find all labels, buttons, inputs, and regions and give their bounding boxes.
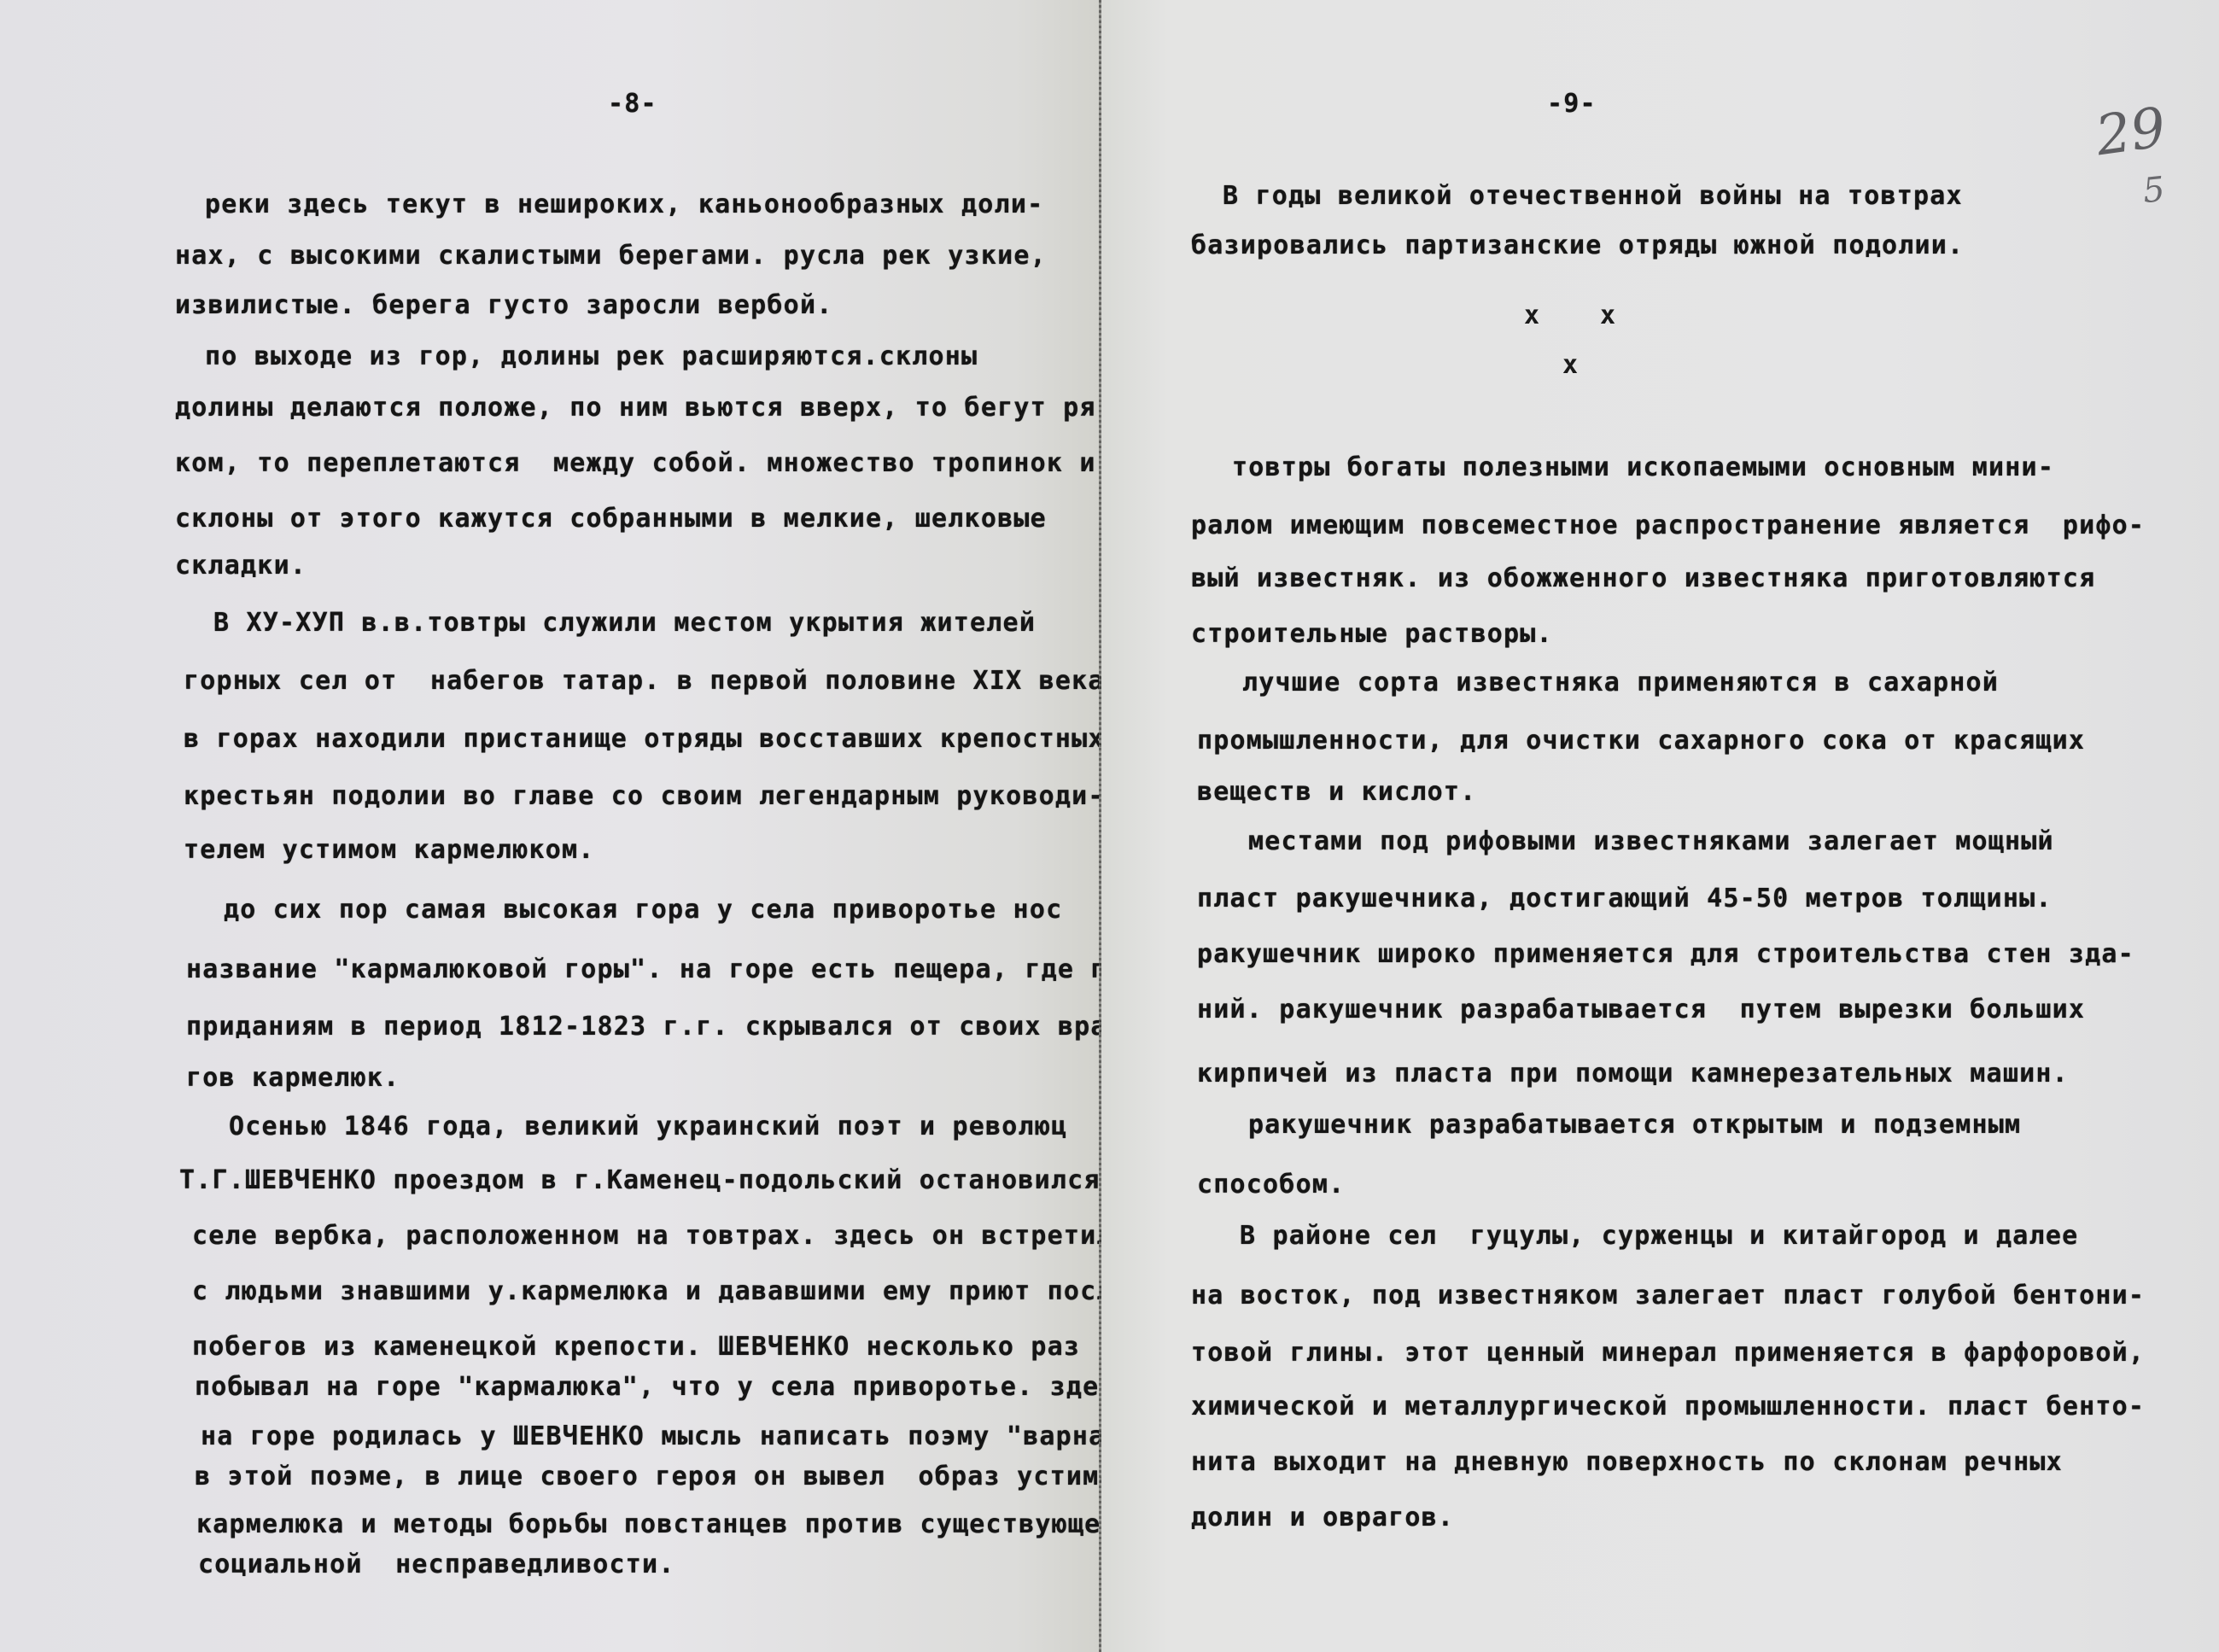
text-line: ракушечник разрабатывается открытым и по… bbox=[1248, 1110, 2021, 1140]
text-line: приданиям в период 1812-1823 г.г. скрыва… bbox=[186, 1012, 1107, 1042]
separator-mark: x bbox=[1600, 301, 1615, 330]
text-line: складки. bbox=[175, 551, 307, 581]
text-line: товой глины. этот ценный минерал применя… bbox=[1191, 1338, 2145, 1368]
text-line: лучшие сорта известняка применяются в са… bbox=[1242, 668, 1999, 698]
text-line: в этой поэме, в лице своего героя он выв… bbox=[195, 1462, 1116, 1491]
text-line: склоны от этого кажутся собранными в мел… bbox=[175, 504, 1047, 534]
text-line: долин и оврагов. bbox=[1191, 1503, 1454, 1532]
text-line: ний. ракушечник разрабатывается путем вы… bbox=[1197, 995, 2085, 1024]
text-line: местами под рифовыми известняками залега… bbox=[1248, 826, 2054, 856]
text-line: пласт ракушечника, достигающий 45-50 мет… bbox=[1197, 884, 2053, 914]
text-line: базировались партизанские отряды южной п… bbox=[1191, 231, 1964, 260]
page-number: -8- bbox=[608, 89, 657, 119]
text-line: по выходе из гор, долины рек расширяются… bbox=[205, 341, 978, 371]
text-line: Осенью 1846 года, великий украинский поэ… bbox=[229, 1112, 1067, 1141]
text-line: до сих пор самая высокая гора у села при… bbox=[224, 895, 1062, 925]
handwritten-folio-sub: 5 bbox=[2141, 170, 2167, 211]
text-line: ком, то переплетаются между собой. множе… bbox=[175, 448, 1096, 478]
left-page: -8- реки здесь текут в неширoких, каньон… bbox=[0, 0, 1101, 1652]
text-line: промышленности, для очистки сахарного со… bbox=[1197, 726, 2085, 756]
text-line: строительные растворы. bbox=[1191, 619, 1553, 649]
text-line: ралом имеющим повсеместное распространен… bbox=[1191, 511, 2145, 540]
text-line: с людьми знавшими у.кармелюка и дававшим… bbox=[192, 1276, 1130, 1306]
text-line: реки здесь текут в неширoких, каньонообр… bbox=[205, 190, 1043, 219]
handwritten-folio-number: 29 bbox=[2092, 96, 2169, 169]
right-page: -9- В годы великой отечественной войны н… bbox=[1101, 0, 2219, 1652]
text-line: способом. bbox=[1197, 1170, 1345, 1200]
text-line: товтры богаты полезными ископаемыми осно… bbox=[1232, 452, 2054, 482]
text-line: извилистые. берега густо заросли вербой. bbox=[175, 290, 832, 320]
text-line: телем устимом кармелюком. bbox=[184, 835, 595, 865]
text-line: веществ и кислот. bbox=[1197, 777, 1476, 807]
text-line: В районе сел гуцулы, сурженцы и китайгор… bbox=[1240, 1221, 2078, 1251]
text-line: химической и металлургической промышленн… bbox=[1191, 1392, 2145, 1421]
separator-mark: x bbox=[1562, 350, 1578, 380]
text-line: побегов из каменецкой крепости. ШЕВЧЕНКО… bbox=[192, 1332, 1080, 1362]
text-line: В XУ-XУП в.в.товтры служили местом укрыт… bbox=[213, 608, 1036, 638]
text-line: ракушечник широко применяется для строит… bbox=[1197, 939, 2134, 969]
text-line: побывал на горе "кармалюка", что у села … bbox=[195, 1372, 1116, 1402]
text-line: крестьян подолии во главе со своим леген… bbox=[184, 781, 1105, 811]
text-line: Т.Г.ШЕВЧЕНКО проездом в г.Каменец-подоль… bbox=[179, 1165, 1101, 1195]
page-number: -9- bbox=[1547, 89, 1597, 119]
text-line: селе вербка, расположенном на товтрах. з… bbox=[192, 1221, 1113, 1251]
separator-mark: x bbox=[1524, 301, 1539, 330]
text-line: нита выходит на дневную поверхность по с… bbox=[1191, 1447, 2063, 1477]
text-line: кармелюка и методы борьбы повстанцев про… bbox=[196, 1509, 1118, 1539]
text-line: нах, с высокими скалистыми берегами. рус… bbox=[175, 241, 1047, 271]
text-line: кирпичей из пласта при помощи камнерезат… bbox=[1197, 1059, 2069, 1089]
text-line: гов кармелюк. bbox=[186, 1063, 400, 1093]
text-line: В годы великой отечественной войны на то… bbox=[1223, 181, 1963, 211]
text-line: на горе родилась у ШЕВЧЕНКО мысль написа… bbox=[201, 1421, 1105, 1451]
text-line: горных сел от набегов татар. в первой по… bbox=[184, 666, 1105, 696]
text-line: вый известняк. из обожженного известняка… bbox=[1191, 563, 2095, 593]
text-line: на восток, под известняком залегает плас… bbox=[1191, 1281, 2145, 1311]
text-line: в горах находили пристанище отряды восст… bbox=[184, 724, 1105, 754]
text-line: название "кармалюковой горы". на горе ес… bbox=[186, 954, 1107, 984]
text-line: социальной несправедливости. bbox=[198, 1550, 675, 1579]
document-spread: -8- реки здесь текут в неширoких, каньон… bbox=[0, 0, 2219, 1652]
text-line: долины делаются положе, по ним вьются вв… bbox=[175, 393, 1096, 423]
